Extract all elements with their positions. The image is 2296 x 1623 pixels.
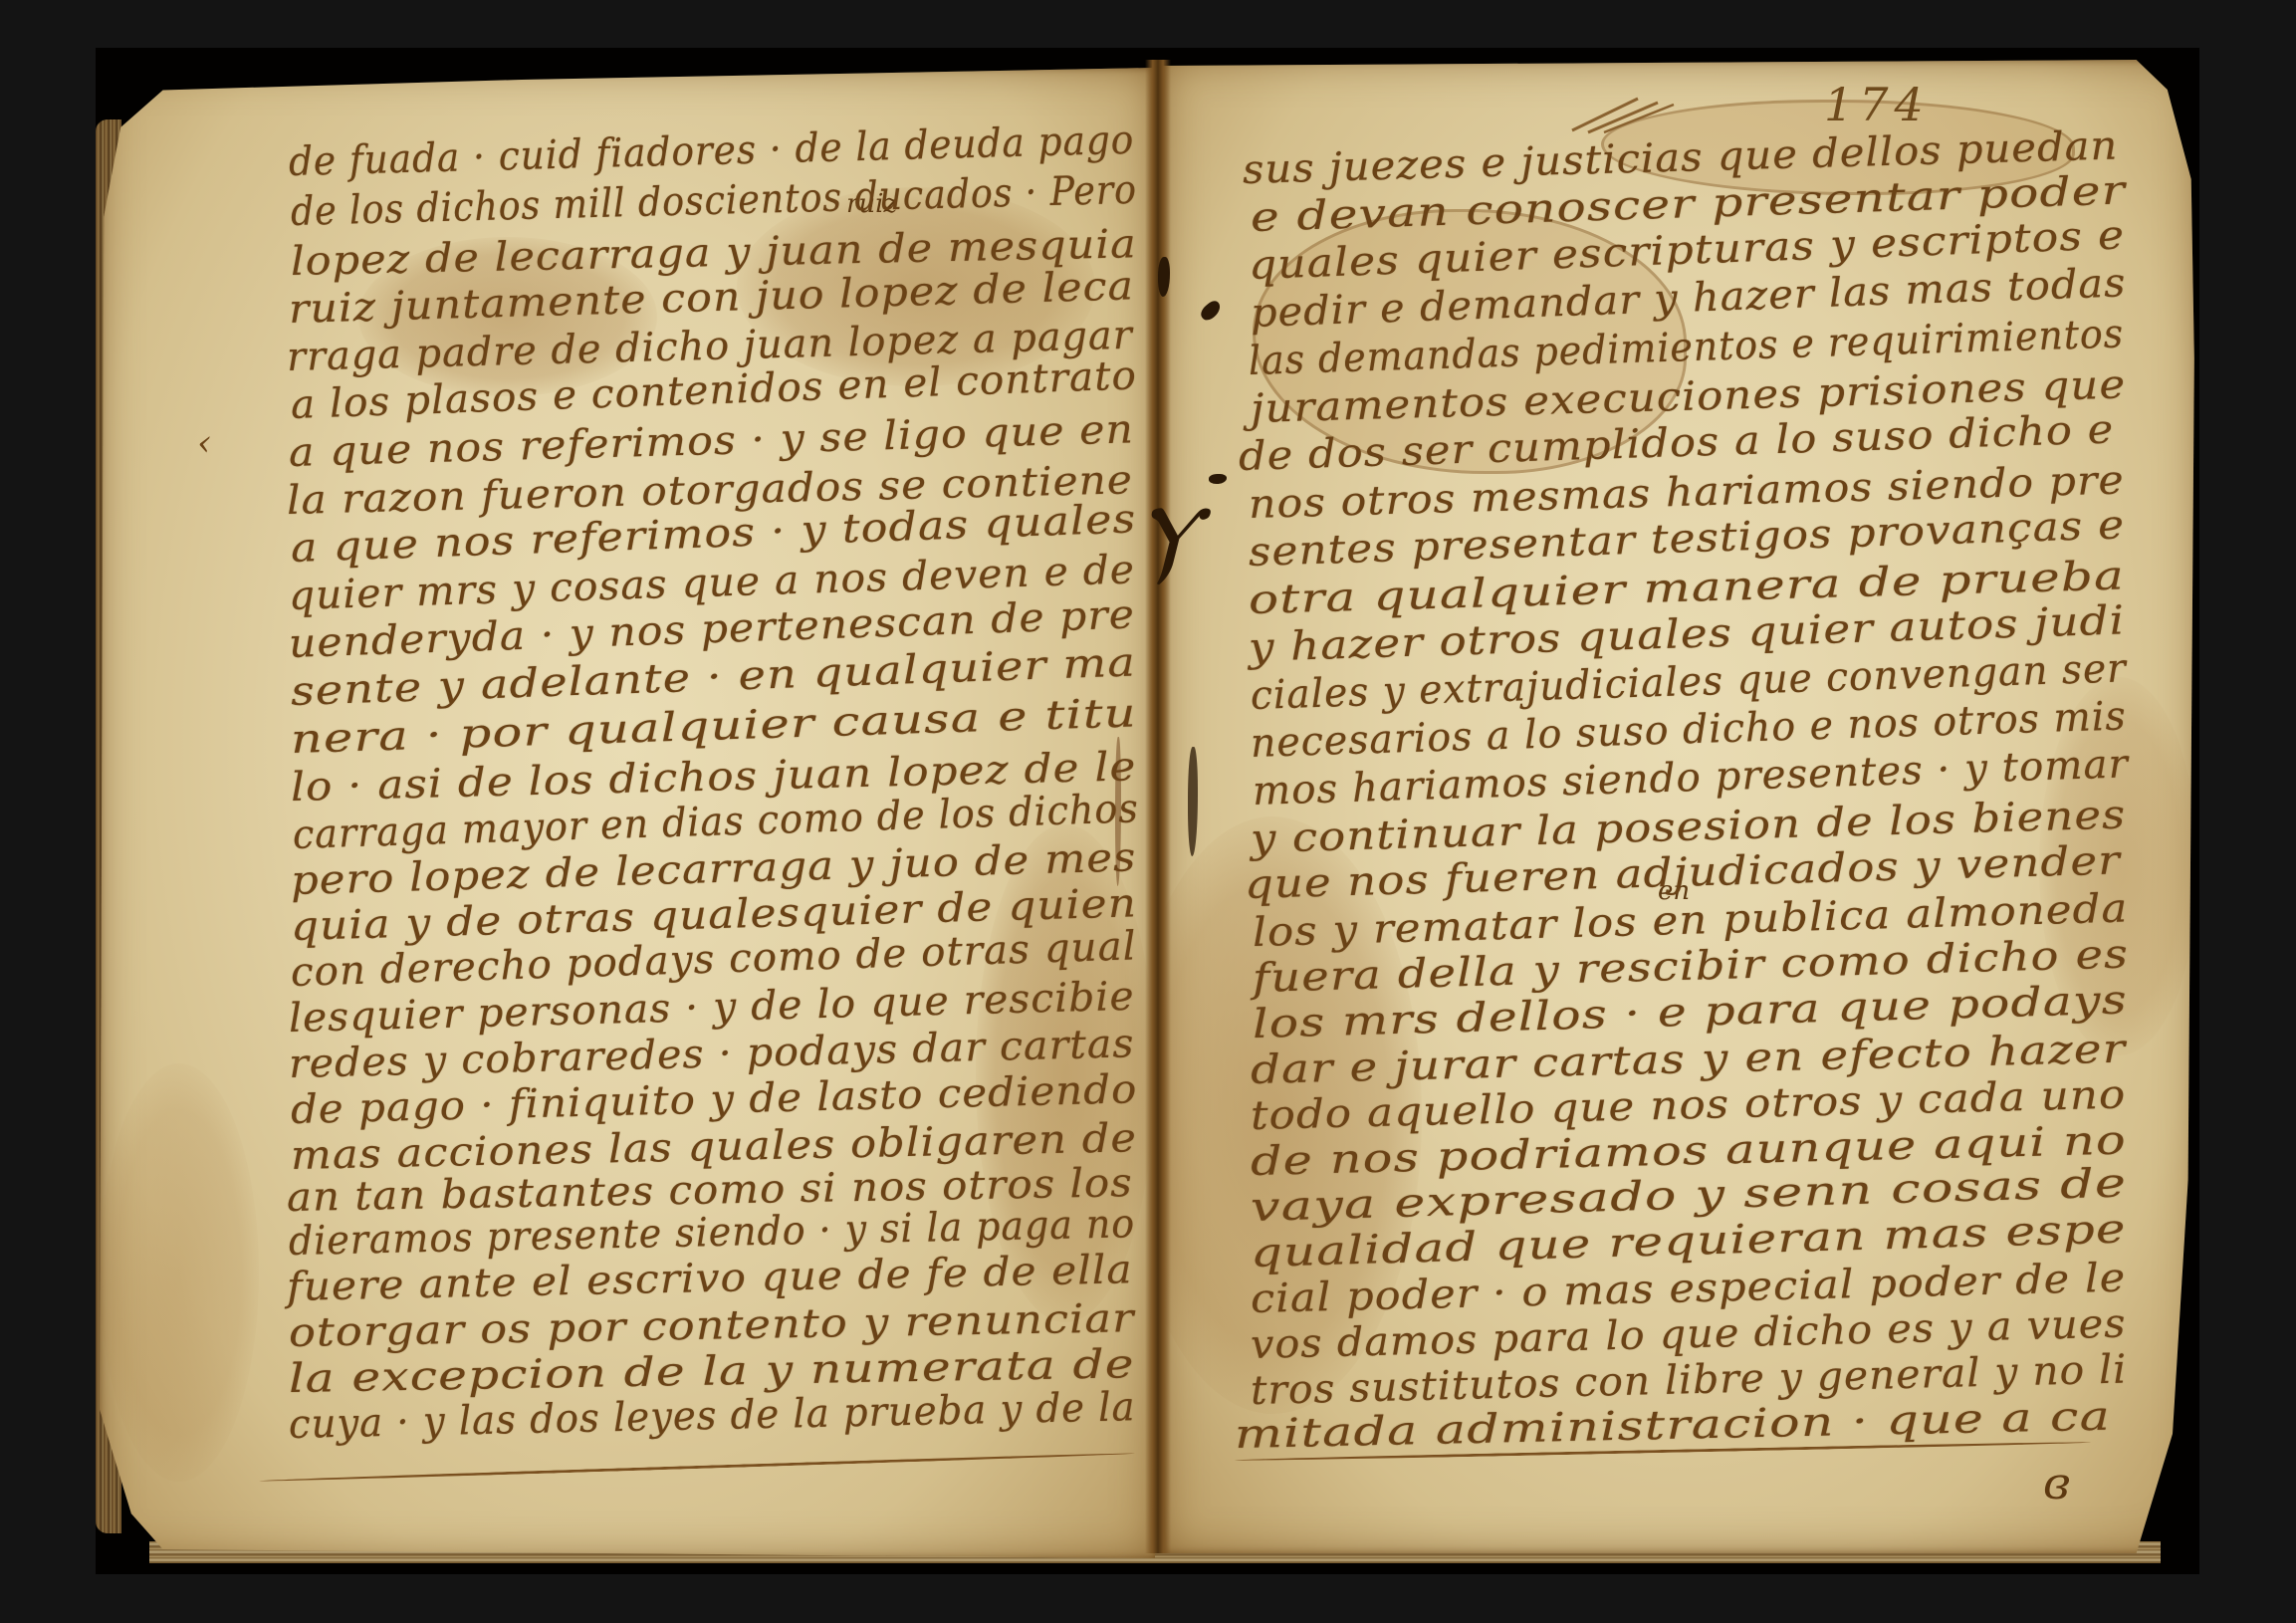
bottom-right-mark: ɞ xyxy=(2043,1459,2070,1509)
binding-thread-mark: Ⲩ xyxy=(1135,486,1200,591)
folio-slash-marks xyxy=(1568,95,1678,134)
folio-number: 174 xyxy=(1824,78,1930,131)
water-stain xyxy=(100,1063,259,1482)
margin-mark: ‹ xyxy=(197,423,211,464)
